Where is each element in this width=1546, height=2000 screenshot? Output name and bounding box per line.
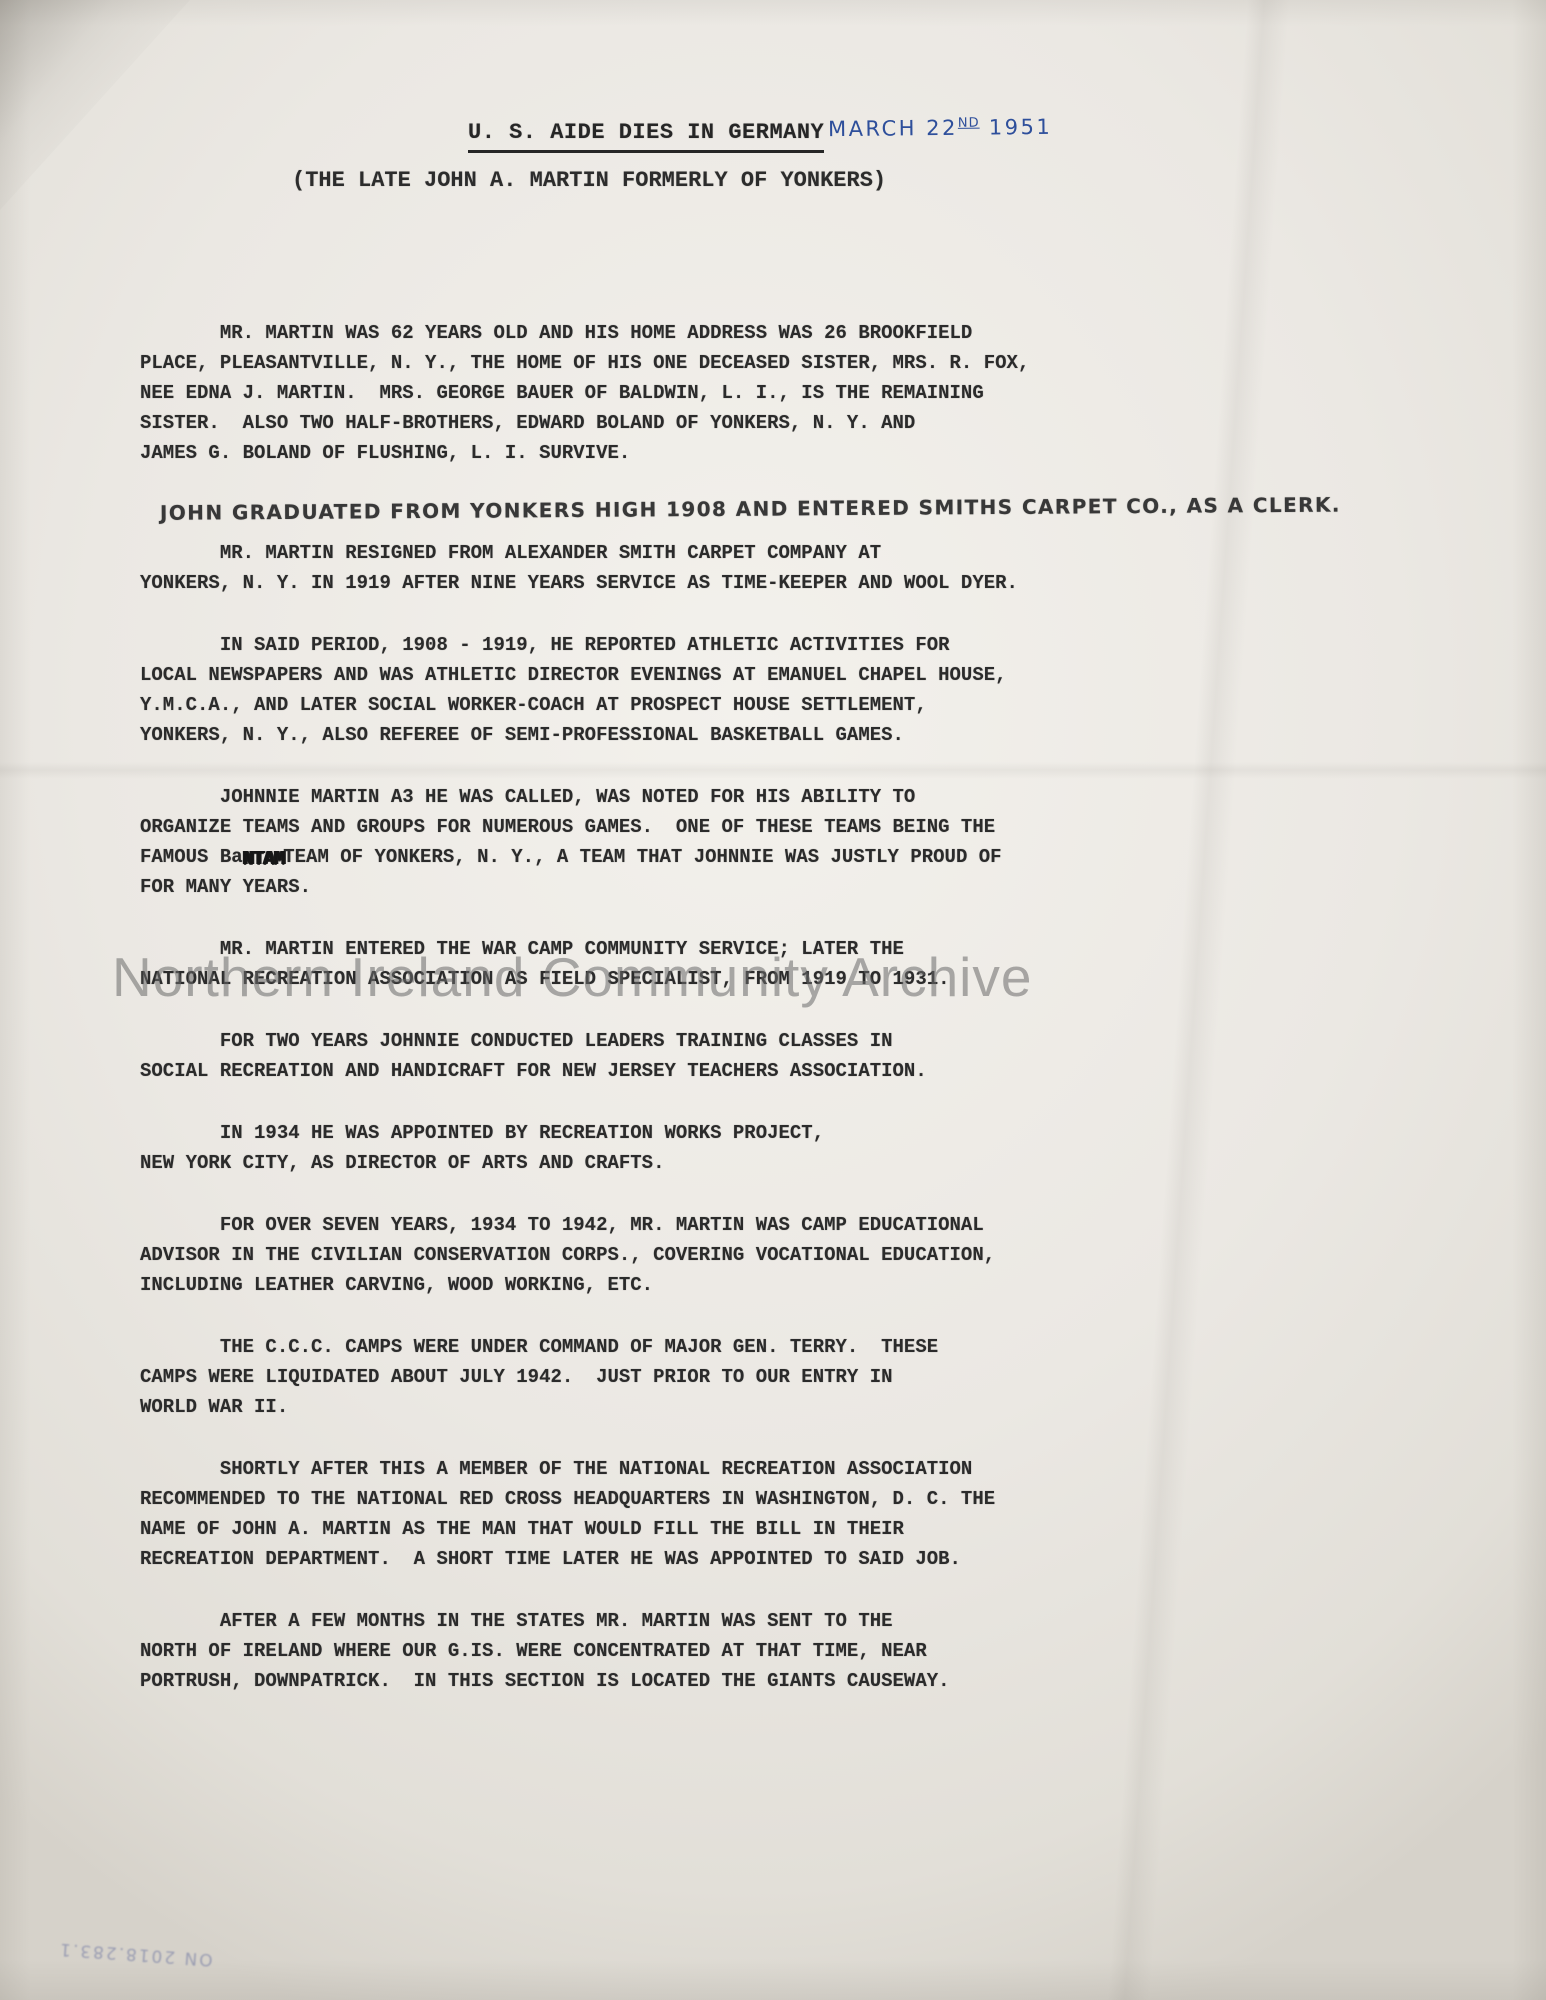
archive-accession-number: ON 2018.283.1 xyxy=(57,1939,213,1970)
document-title: U. S. AIDE DIES IN GERMANY xyxy=(468,120,824,153)
paragraph-bantam-team: JOHNNIE MARTIN A3 HE WAS CALLED, WAS NOT… xyxy=(140,782,1260,902)
paragraph-red-cross: SHORTLY AFTER THIS A MEMBER OF THE NATIO… xyxy=(140,1454,1260,1574)
paragraph-athletics: IN SAID PERIOD, 1908 - 1919, HE REPORTED… xyxy=(140,630,1260,750)
paragraph-recreation-works: IN 1934 HE WAS APPOINTED BY RECREATION W… xyxy=(140,1118,1260,1178)
paragraph-ireland: AFTER A FEW MONTHS IN THE STATES MR. MAR… xyxy=(140,1606,1260,1696)
document-body: MR. MARTIN WAS 62 YEARS OLD AND HIS HOME… xyxy=(140,318,1260,1728)
overtyped-correction: NTAM xyxy=(243,844,285,874)
handwritten-insert: JOHN GRADUATED FROM YONKERS HIGH 1908 AN… xyxy=(160,490,1260,528)
handwritten-date-ordinal: ND xyxy=(958,116,980,131)
paragraph-biography: MR. MARTIN WAS 62 YEARS OLD AND HIS HOME… xyxy=(140,318,1260,468)
handwritten-date-day: MARCH 22 xyxy=(828,116,958,141)
paragraph-war-camp-service: MR. MARTIN ENTERED THE WAR CAMP COMMUNIT… xyxy=(140,934,1260,994)
paper-fold-corner xyxy=(0,0,190,210)
scanned-document-page: U. S. AIDE DIES IN GERMANY MARCH 22ND 19… xyxy=(0,0,1546,2000)
document-subtitle: (THE LATE JOHN A. MARTIN FORMERLY OF YON… xyxy=(292,168,886,193)
handwritten-date-year: 1951 xyxy=(980,115,1053,140)
paragraph-leaders-training: FOR TWO YEARS JOHNNIE CONDUCTED LEADERS … xyxy=(140,1026,1260,1086)
paragraph-ccc-camps: THE C.C.C. CAMPS WERE UNDER COMMAND OF M… xyxy=(140,1332,1260,1422)
handwritten-date: MARCH 22ND 1951 xyxy=(828,115,1053,141)
paragraph-ccc-advisor: FOR OVER SEVEN YEARS, 1934 TO 1942, MR. … xyxy=(140,1210,1260,1300)
paragraph-resigned: MR. MARTIN RESIGNED FROM ALEXANDER SMITH… xyxy=(140,538,1260,598)
